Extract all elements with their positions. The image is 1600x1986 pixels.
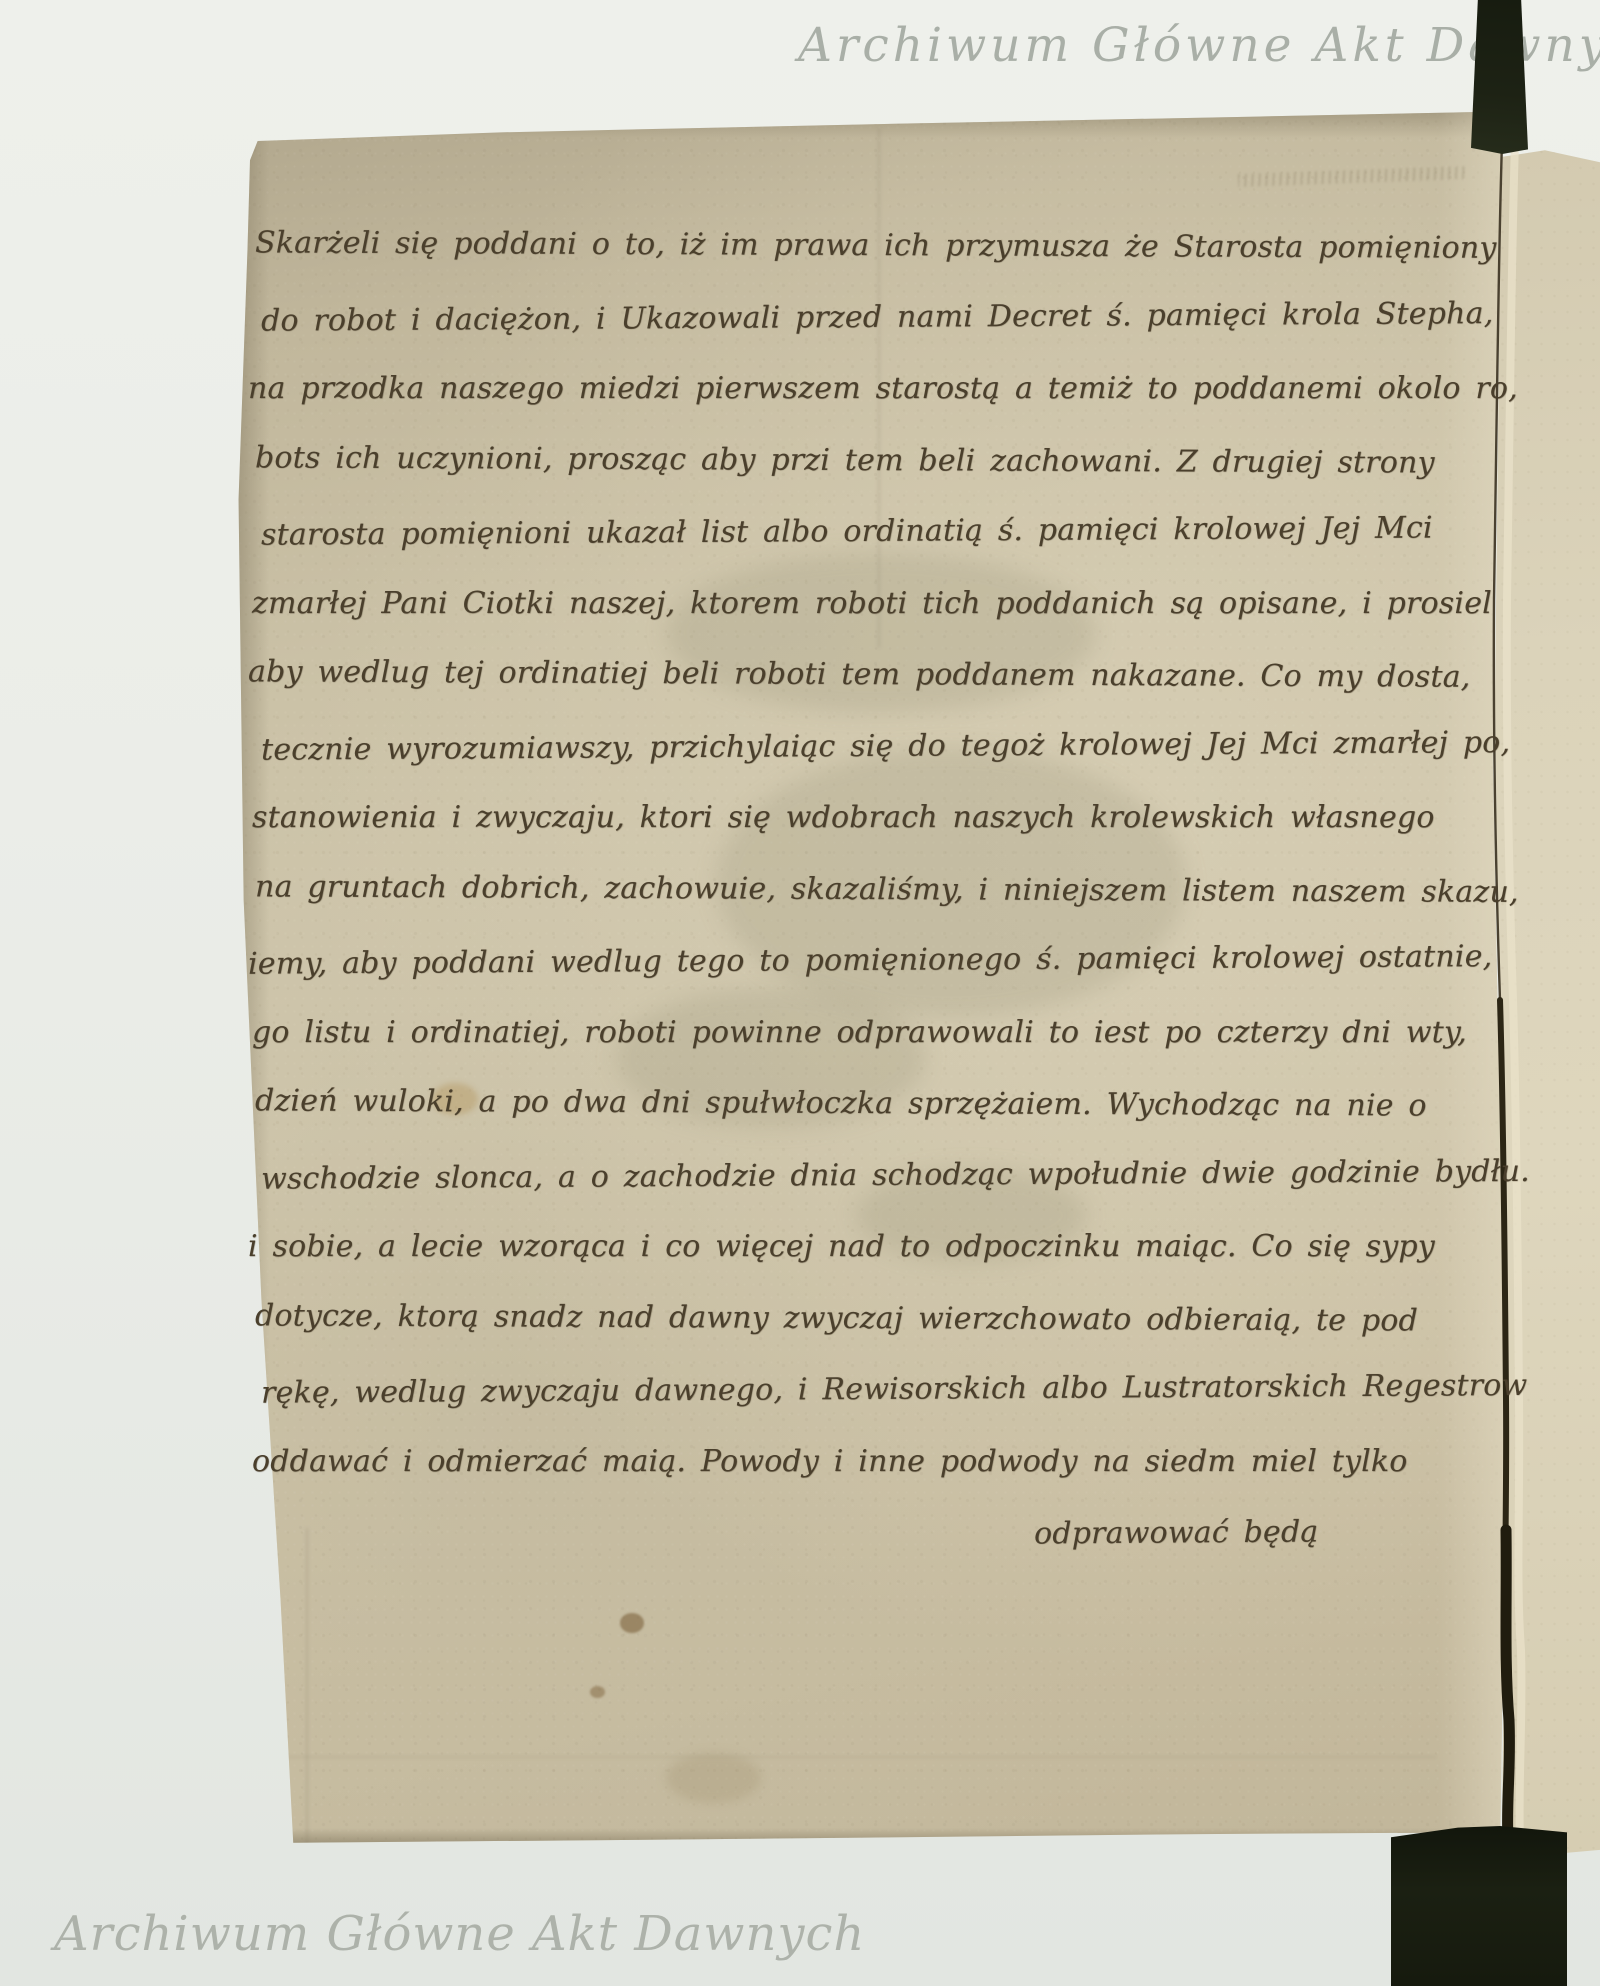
- faint-inscription: [1238, 166, 1468, 187]
- manuscript-line: bots ich uczynioni, prosząc aby przi tem…: [255, 422, 1462, 499]
- manuscript-line: do robot i daciężon, i Ukazowali przed n…: [261, 278, 1462, 357]
- manuscript-line: starosta pomięnioni ukazał list albo ord…: [261, 492, 1462, 571]
- archive-scan: Archiwum Główne Akt Dawnych Skarżeli się…: [0, 0, 1600, 1986]
- paper-crease: [306, 1528, 308, 1848]
- paper-stain: [666, 1753, 761, 1803]
- manuscript-line: i sobie, a lecie wzorąca i co więcej nad…: [248, 1211, 1462, 1283]
- manuscript-line: oddawać i odmierzać maią. Powody i inne …: [252, 1426, 1462, 1498]
- manuscript-line: aby wedlug tej ordinatiej beli roboti te…: [248, 636, 1462, 713]
- manuscript-line: wschodzie slonca, a o zachodzie dnia sch…: [261, 1136, 1462, 1215]
- manuscript-line: Skarżeli się poddani o to, iż im prawa i…: [255, 207, 1462, 284]
- paper-crease: [256, 1756, 1436, 1758]
- manuscript-line: rękę, wedlug zwyczaju dawnego, i Rewisor…: [261, 1350, 1462, 1429]
- paper-stain: [620, 1613, 644, 1633]
- manuscript-text: Skarżeli się poddani o to, iż im prawa i…: [252, 210, 1462, 1569]
- page-tear-line: [1482, 100, 1538, 1860]
- manuscript-line: dzień wuloki, a po dwa dni spułwłoczka s…: [255, 1065, 1462, 1142]
- manuscript-line: zmarłej Pani Ciotki naszej, ktorem robot…: [252, 568, 1462, 640]
- manuscript-lines: Skarżeli się poddani o to, iż im prawa i…: [252, 210, 1462, 1497]
- manuscript-line: go listu i ordinatiej, roboti powinne od…: [252, 997, 1462, 1069]
- manuscript-line: tecznie wyrozumiawszy, przichylaiąc się …: [261, 707, 1462, 786]
- paper-stain: [590, 1686, 605, 1698]
- manuscript-closing-line: odprawować będą: [1034, 1496, 1462, 1570]
- binding-strip-bottom: [1391, 1826, 1567, 1986]
- manuscript-line: na gruntach dobrich, zachowuie, skazaliś…: [255, 851, 1462, 928]
- manuscript-line: stanowienia i zwyczaju, ktori się wdobra…: [252, 782, 1462, 854]
- binding-strip-top: [1471, 0, 1528, 154]
- manuscript-line: na przodka naszego miedzi pierwszem star…: [248, 353, 1462, 425]
- manuscript-line: iemy, aby poddani wedlug tego to pomięni…: [248, 921, 1462, 1000]
- manuscript-line: dotycze, ktorą snadz nad dawny zwyczaj w…: [255, 1280, 1462, 1357]
